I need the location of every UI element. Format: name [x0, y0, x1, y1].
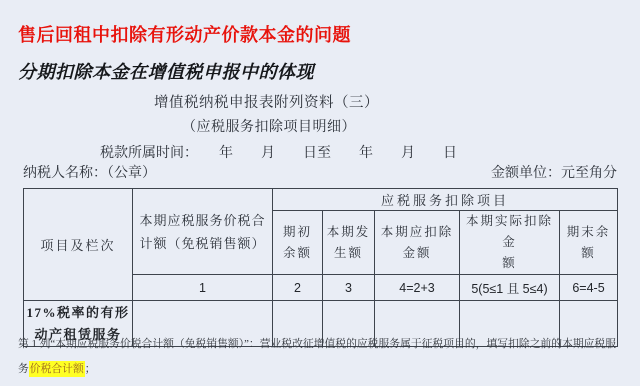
- deduction-detail-table: 项目及栏次 本期应税服务价税合 计额（免税销售额） 应税服务扣除项目 期初 余额…: [23, 188, 618, 347]
- form-title: 增值税纳税申报表附列资料（三）: [154, 91, 379, 112]
- section-title: 分期扣除本金在增值税申报中的体现: [18, 58, 314, 84]
- column-number-6: 6=4-5: [560, 275, 618, 301]
- column-number-4: 4=2+3: [375, 275, 460, 301]
- col-header-opening-balance: 期初 余额: [273, 211, 323, 275]
- col-header-deductible-amount: 本期应扣除 金额: [375, 211, 460, 275]
- column-number-1: 1: [133, 275, 273, 301]
- column-number-2: 2: [273, 275, 323, 301]
- col-header-ending-balance: 期末余 额: [560, 211, 618, 275]
- col-header-item-and-line: 项目及栏次: [24, 189, 133, 301]
- amount-unit-label: 金额单位：元至角分: [491, 162, 617, 182]
- document-page: { "header": { "red_title": "售后回租中扣除有形动产价…: [0, 0, 640, 386]
- footnote-line-2: 务价税合计额；: [18, 361, 96, 376]
- column-number-5: 5(5≤1 且 5≤4): [460, 275, 560, 301]
- highlighted-phrase: 价税合计额: [29, 361, 85, 377]
- article-headline: 售后回租中扣除有形动产价款本金的问题: [18, 21, 351, 47]
- column-number-3: 3: [323, 275, 375, 301]
- group-header-deduction-items: 应税服务扣除项目: [273, 189, 618, 211]
- footnote-line2-prefix: 务: [18, 363, 29, 375]
- col-header-current-incurred: 本期发 生额: [323, 211, 375, 275]
- footnote-line2-suffix: ；: [85, 363, 96, 375]
- footnote-line-1: 第 1 列“本期应税服务价税合计额（免税销售额）”：营业税改征增值税的应税服务属…: [18, 336, 616, 351]
- table-row-group-header: 项目及栏次 本期应税服务价税合 计额（免税销售额） 应税服务扣除项目: [24, 189, 618, 211]
- taxpayer-name-label: 纳税人名称：（公章）: [23, 162, 156, 182]
- form-subtitle: （应税服务扣除项目明细）: [182, 116, 356, 136]
- tax-period-line: 税款所属时间： 年 月 日至 年 月 日: [100, 142, 457, 162]
- col-header-actual-deducted-amount: 本期实际扣除金 额: [460, 211, 560, 275]
- col-header-taxable-service-total: 本期应税服务价税合 计额（免税销售额）: [133, 189, 273, 275]
